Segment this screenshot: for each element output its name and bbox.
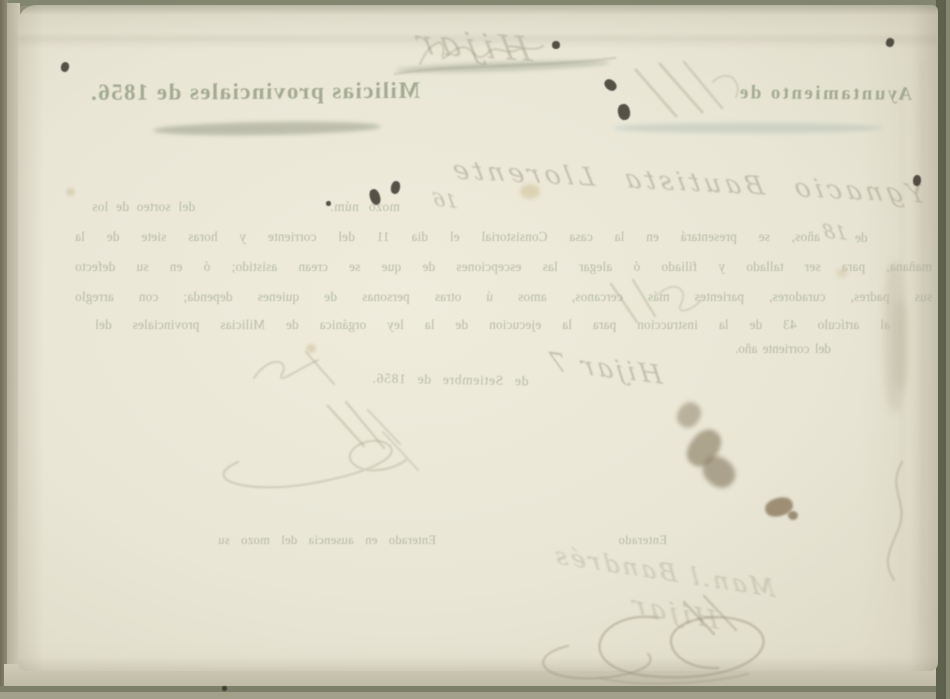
teal-underline-smear [613, 123, 883, 133]
brown-smudge-a [673, 398, 706, 432]
ink-speck [602, 77, 618, 93]
gutter-ghost-column-2 [893, 300, 907, 390]
ink-speck [390, 180, 402, 195]
yellow-spot-2 [66, 188, 75, 196]
yellow-spot-4 [836, 268, 848, 278]
yellow-spot-1 [520, 184, 540, 199]
ink-speck [885, 37, 896, 48]
brown-stain-dot [788, 511, 798, 520]
page-marks [0, 0, 950, 699]
ink-speck [60, 61, 70, 73]
ink-speck [368, 188, 382, 206]
town-underline-smear [395, 58, 610, 74]
ink-speck [222, 686, 227, 691]
ink-speck [552, 41, 560, 49]
title-separator-smear [153, 120, 381, 137]
ink-speck [913, 175, 922, 187]
scanned-document-photo: Milicias provinciales de 1856. Ayuntamie… [0, 0, 950, 699]
ink-speck [326, 201, 331, 206]
ink-speck [617, 103, 632, 121]
yellow-spot-3 [306, 344, 316, 353]
